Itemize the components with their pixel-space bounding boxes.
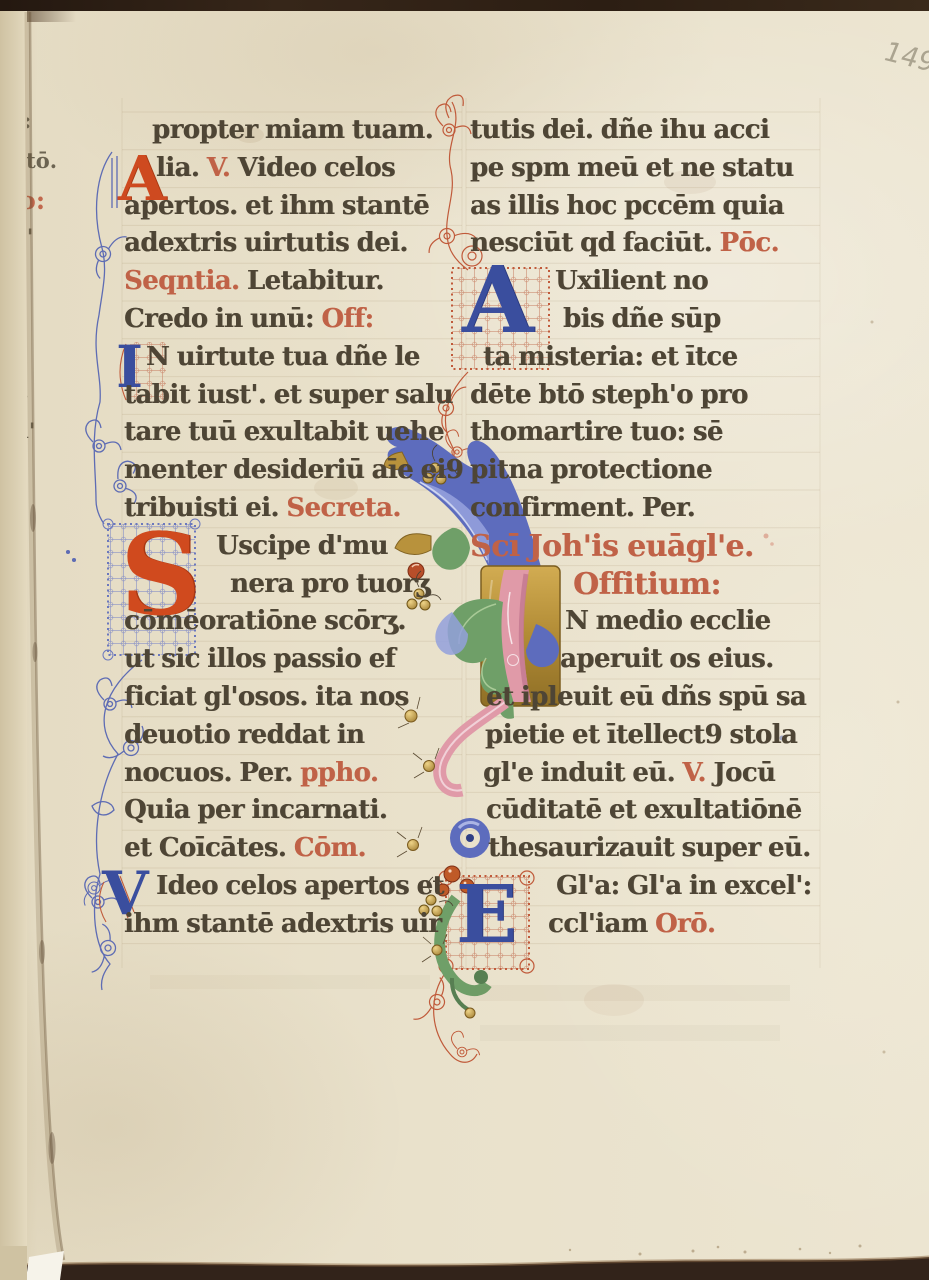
page-edge-overlay <box>0 0 929 1280</box>
page-corner-sliver <box>26 1251 64 1280</box>
bottom-edge-freckles <box>569 1245 862 1256</box>
manuscript-page-photo: nu:gr tō.ōio:s d'noscisiiusam'apco:oafc.… <box>0 0 929 1280</box>
